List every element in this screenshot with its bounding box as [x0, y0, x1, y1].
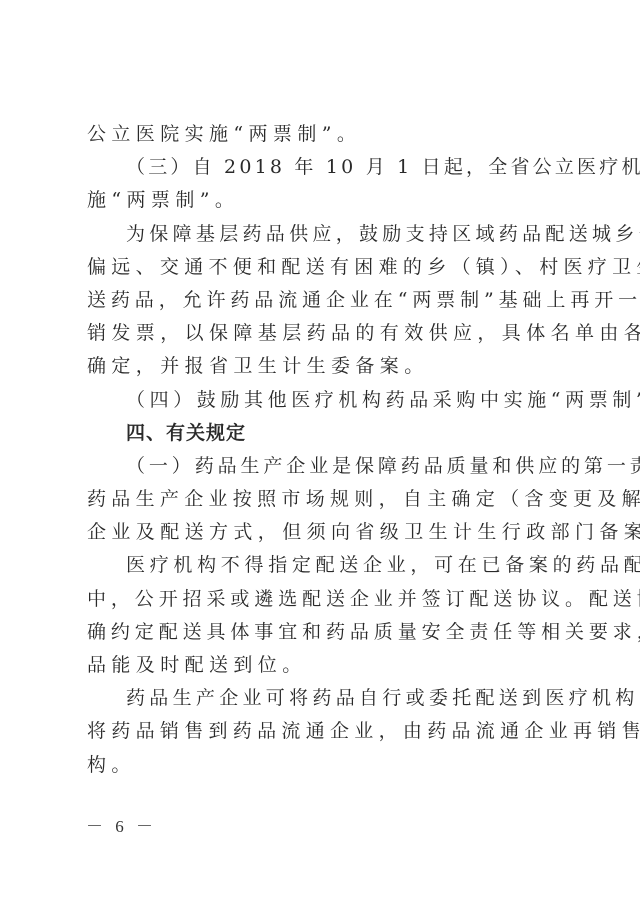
text-line: （一）药品生产企业是保障药品质量和供应的第一责任人。 — [87, 450, 555, 483]
text-line: 公立医院实施“两票制”。 — [87, 118, 555, 151]
text-line: 确定，并报省卫生计生委备案。 — [87, 350, 555, 383]
text-line: 偏远、交通不便和配送有困难的乡（镇）、村医疗卫生机构配 — [87, 251, 555, 284]
text-line: 为保障基层药品供应，鼓励支持区域药品配送城乡一体化， — [87, 218, 555, 251]
text-line: （四）鼓励其他医疗机构药品采购中实施“两票制”。 — [87, 384, 555, 417]
text-line: 医疗机构不得指定配送企业，可在已备案的药品配送企业 — [87, 549, 555, 582]
text-line: 确约定配送具体事宜和药品质量安全责任等相关要求，保证药 — [87, 616, 555, 649]
text-line: 构。 — [87, 749, 555, 782]
section-heading: 四、有关规定 — [87, 417, 555, 450]
text-line: 药品生产企业可将药品自行或委托配送到医疗机构，也可 — [87, 682, 555, 715]
text-line: 企业及配送方式，但须向省级卫生计生行政部门备案。 — [87, 516, 555, 549]
text-line: 中，公开招采或遴选配送企业并签订配送协议。配送协议应明 — [87, 583, 555, 616]
text-line: 销发票，以保障基层药品的有效供应，具体名单由各州（市） — [87, 317, 555, 350]
text-line: 品能及时配送到位。 — [87, 649, 555, 682]
text-line: 施“两票制”。 — [87, 184, 555, 217]
text-line: （三）自 2018 年 10 月 1 日起，全省公立医疗机构全部实 — [87, 151, 555, 184]
text-line: 送药品，允许药品流通企业在“两票制”基础上再开一次药品购 — [87, 284, 555, 317]
document-body: 公立医院实施“两票制”。 （三）自 2018 年 10 月 1 日起，全省公立医… — [87, 118, 555, 782]
text-line: 将药品销售到药品流通企业，由药品流通企业再销售到医疗机 — [87, 715, 555, 748]
text-line: 药品生产企业按照市场规则，自主确定（含变更及解除）配送 — [87, 483, 555, 516]
page-number: － 6 － — [86, 812, 157, 837]
